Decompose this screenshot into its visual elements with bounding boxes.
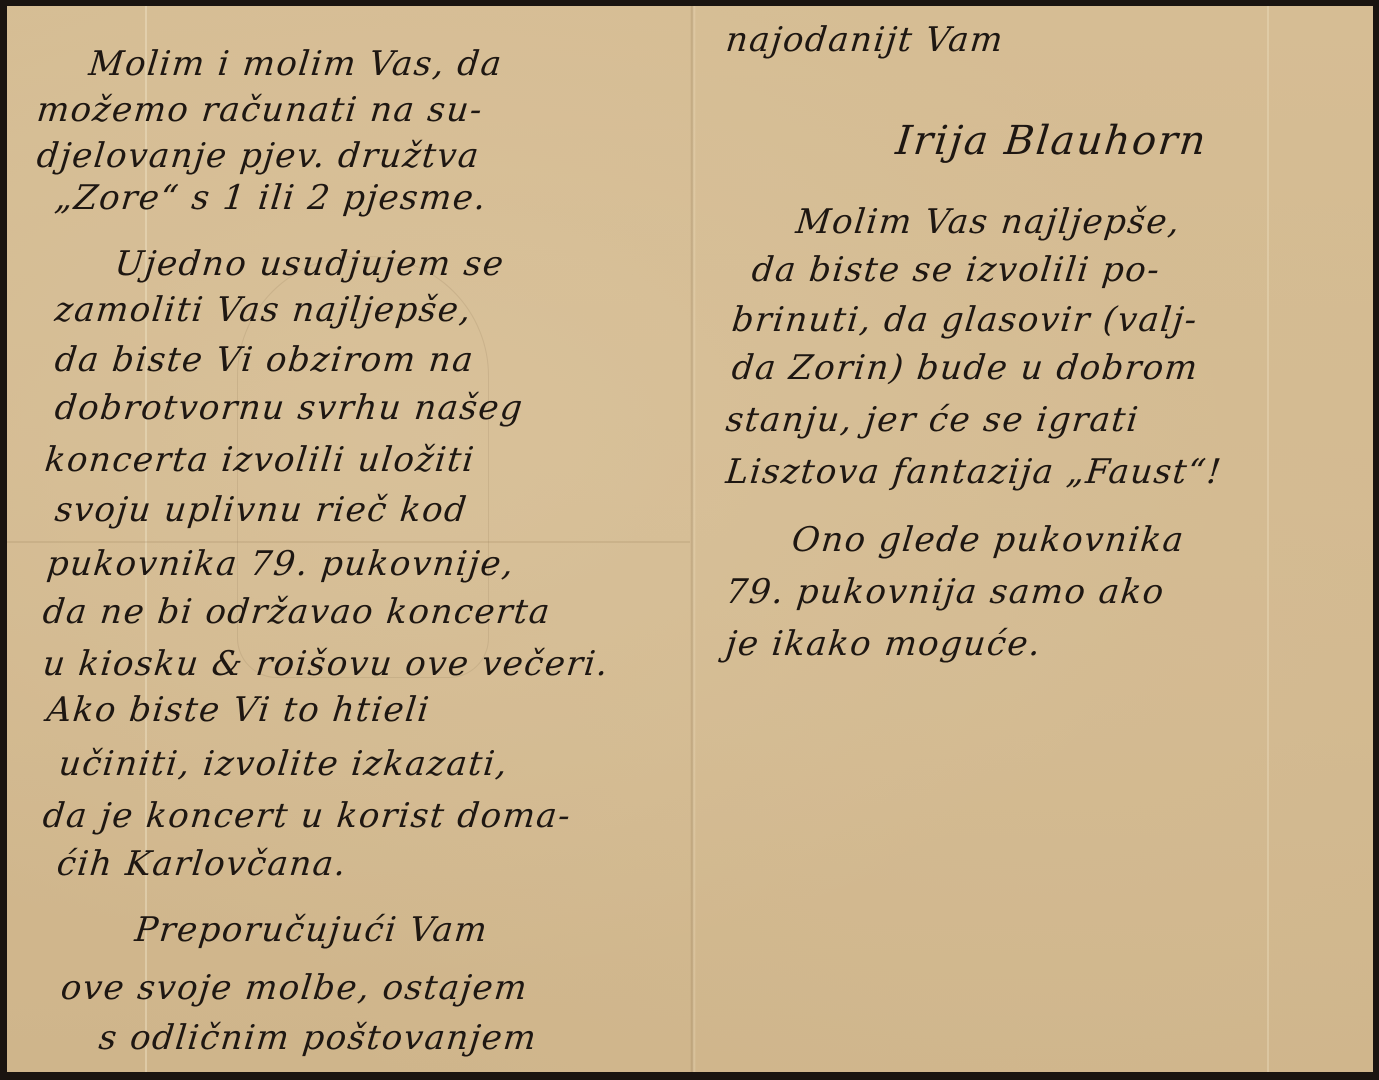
postscript-line: je ikako moguće.	[724, 624, 1044, 664]
postscript-line: da Zorin) bude u dobrom	[730, 348, 1201, 388]
postscript-line: Lisztova fantazija „Faust“!	[724, 452, 1224, 492]
handwritten-line: dobrotvornu svrhu našeg	[53, 388, 526, 428]
handwritten-line: da ne bi održavao koncerta	[41, 592, 553, 632]
postscript-line: Ono glede pukovnika	[790, 520, 1187, 560]
handwritten-line: zamoliti Vas najljepše,	[53, 290, 474, 330]
handwritten-line: Molim i molim Vas, da	[87, 44, 505, 84]
handwritten-line: koncerta izvolili uložiti	[43, 440, 477, 480]
handwritten-line: možemo računati na su-	[35, 90, 485, 130]
handwritten-line: da biste Vi obzirom na	[53, 340, 476, 380]
signature: Irija Blauhorn	[894, 118, 1210, 164]
handwritten-line: ove svoje molbe, ostajem	[59, 968, 530, 1008]
handwritten-line: ćih Karlovčana.	[55, 844, 349, 884]
postscript-line: 79. pukovnija samo ako	[724, 572, 1167, 612]
handwritten-line: djelovanje pjev. družtva	[35, 136, 482, 176]
postscript-line: da biste se izvolili po-	[750, 250, 1163, 290]
handwritten-line: svoju uplivnu rieč kod	[53, 490, 470, 530]
letter-sheet: Molim i molim Vas, da možemo računati na…	[7, 6, 1373, 1072]
postscript-line: Molim Vas najljepše,	[794, 202, 1183, 242]
handwritten-line: „Zore“ s 1 ili 2 pjesme.	[53, 178, 489, 218]
handwritten-line: da je koncert u korist doma-	[41, 796, 573, 836]
handwritten-line: učiniti, izvolite izkazati,	[57, 744, 510, 784]
handwritten-line: Ujedno usudjujem se	[113, 244, 507, 284]
handwritten-line: u kiosku & roišovu ove večeri.	[41, 644, 611, 684]
handwritten-line: Preporučujući Vam	[133, 910, 490, 950]
right-page: najodanijt Vam Irija Blauhorn Molim Vas …	[696, 6, 1373, 1072]
handwritten-closing: najodanijt Vam	[724, 20, 1006, 60]
postscript-line: stanju, jer će se igrati	[724, 400, 1141, 440]
handwritten-line: s odličnim poštovanjem	[97, 1018, 539, 1058]
handwritten-line: pukovnika 79. pukovnije,	[45, 544, 517, 584]
left-page: Molim i molim Vas, da možemo računati na…	[7, 6, 690, 1072]
postscript-line: brinuti, da glasovir (valj-	[730, 300, 1200, 340]
handwritten-line: Ako biste Vi to htieli	[45, 690, 432, 730]
